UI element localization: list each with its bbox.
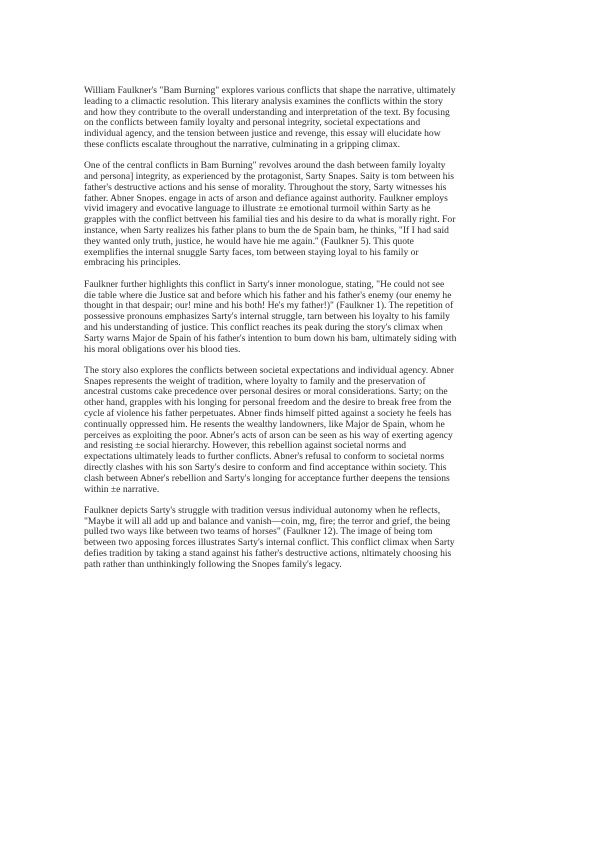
paragraph-family-loyalty: One of the central conflicts in Bam Burn…	[84, 161, 544, 269]
paragraph-introduction: William Faulkner's "Bam Burning" explore…	[84, 86, 544, 151]
paragraph-inner-monologue: Faulkner further highlights this conflic…	[84, 280, 544, 356]
text-line: leading to a climactic resolution. This …	[84, 97, 544, 108]
text-line: these conflicts escalate throughout the …	[84, 140, 544, 151]
text-line: Faulkner further highlights this conflic…	[84, 280, 544, 291]
text-line: The story also explores the conflicts be…	[84, 366, 544, 377]
text-line: path rather than unthinkingly following …	[84, 560, 544, 571]
text-line: Sarty warns Major de Spain of his father…	[84, 334, 544, 345]
document-page: William Faulkner's "Bam Burning" explore…	[84, 86, 544, 581]
text-line: clash between Abner's rebellion and Sart…	[84, 474, 544, 485]
paragraph-societal-expectations: The story also explores the conflicts be…	[84, 366, 544, 496]
text-line: within ±e narrative.	[84, 485, 544, 496]
paragraph-tradition-autonomy: Faulkner depicts Sarty's struggle with t…	[84, 506, 544, 571]
text-line: his moral obligations over his blood tie…	[84, 345, 544, 356]
text-line: embracing his principles.	[84, 258, 544, 269]
text-line: continually oppressed him. He resents th…	[84, 420, 544, 431]
